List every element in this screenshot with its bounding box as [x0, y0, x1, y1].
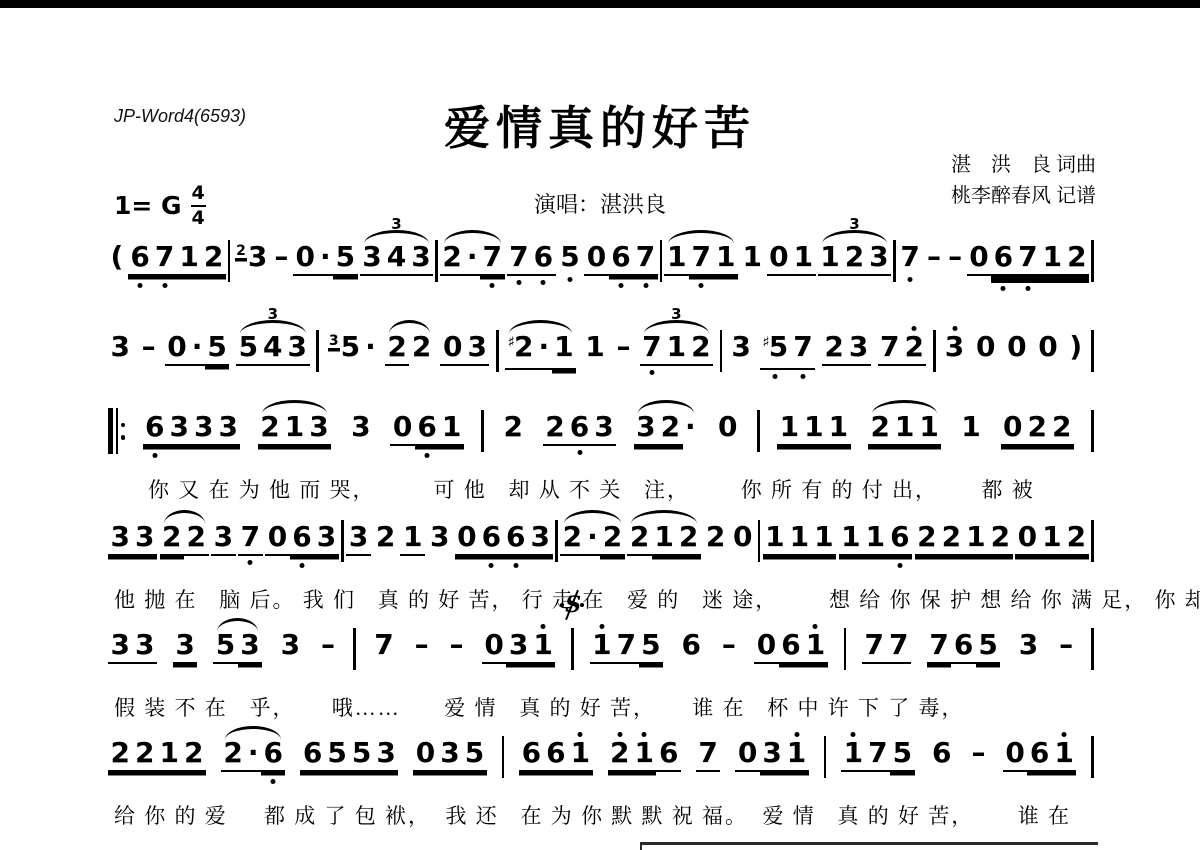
tuplet-number: 3 [236, 305, 309, 323]
note: 1 [863, 522, 887, 556]
note: ) [1067, 332, 1085, 364]
note: 1 [177, 242, 201, 276]
note: 7 [696, 738, 720, 772]
note-group: 76 [507, 242, 556, 276]
rb-thick [108, 408, 113, 454]
octave-dot-low [425, 453, 430, 458]
note: 6 [888, 522, 912, 556]
octave-dot-high [617, 732, 622, 737]
note-group: 216 [608, 738, 681, 772]
note-group: – [447, 630, 466, 662]
octave-dot-high [952, 326, 957, 331]
note: 0 [390, 412, 414, 446]
note-group: 022 [1001, 412, 1074, 446]
octave-dot-low [773, 374, 778, 379]
note-group: 111 [777, 412, 850, 446]
note-group: – [719, 630, 738, 662]
note: 3 [942, 332, 966, 364]
note: 6 [415, 412, 439, 446]
barline [555, 520, 558, 562]
note: 2 [868, 412, 892, 446]
note: 7 [480, 242, 504, 276]
note: 3 [634, 412, 658, 446]
note: 2 [258, 412, 282, 446]
note-group: 061 [754, 630, 827, 664]
note: 5 [213, 630, 237, 664]
barline [893, 240, 896, 282]
note: 7 [927, 630, 951, 664]
music-system: 3–0·5354335·2203♯2·11–37123♯5723723000) [108, 332, 1094, 382]
note: 1 [777, 412, 801, 446]
note: 1 [803, 630, 827, 664]
music-system: (671223–0·533432·776506717110131237––067… [108, 242, 1094, 292]
note: 7 [614, 630, 638, 664]
note: 3 [346, 522, 370, 556]
note-group: 1 [400, 522, 424, 556]
note: 2 [1065, 242, 1089, 276]
note-group: 3 [729, 332, 753, 364]
octave-dot-low [490, 283, 495, 288]
tuplet-number: 3 [360, 215, 433, 233]
note: 2 [543, 412, 567, 446]
note-group: 3 [211, 522, 235, 556]
note: 2 [409, 332, 433, 366]
note: · [683, 412, 699, 446]
note: 7 [689, 242, 713, 276]
barline [1091, 736, 1094, 778]
note-group: 063 [265, 522, 338, 556]
note: 7 [866, 738, 890, 772]
note-group: 031 [482, 630, 555, 664]
note: 1 [1040, 242, 1064, 276]
note: 2 [501, 412, 525, 444]
note: 7 [886, 630, 910, 664]
octave-dot-low [643, 283, 648, 288]
note: 6 [519, 738, 543, 772]
octave-dot-low [908, 277, 913, 282]
note-group: 22 [385, 332, 434, 366]
note-group: 3 [1016, 630, 1040, 662]
note: 3 [132, 522, 156, 556]
note: 1 [439, 412, 463, 446]
note: 0 [165, 332, 189, 366]
note-group: 72 [878, 332, 927, 366]
note: 2 [440, 242, 464, 276]
note: 2 [676, 522, 700, 556]
note: 3 [314, 522, 338, 556]
octave-dot-high [851, 732, 856, 737]
notes-row: (671223–0·533432·776506717110131237––067… [108, 242, 1094, 292]
barline [1091, 410, 1094, 452]
note: 1 [818, 242, 842, 276]
note: – [614, 332, 633, 364]
note-group: 6553 [300, 738, 398, 772]
note: 3 [729, 332, 753, 364]
note: 1 [839, 522, 863, 556]
note-group: – [412, 630, 431, 662]
note: 7 [862, 630, 886, 664]
note: 1 [652, 522, 676, 556]
note: 2 [902, 332, 926, 366]
note: 35 [325, 332, 362, 364]
note-group: 6 [679, 630, 703, 662]
note-group: 061 [390, 412, 463, 446]
note: 3 [428, 522, 452, 554]
note: 5 [890, 738, 914, 772]
note-group: – [969, 738, 988, 770]
note: 1 [812, 522, 836, 556]
note: 7 [633, 242, 657, 276]
note: – [272, 242, 291, 274]
note-group: 661 [519, 738, 592, 772]
note: 7 [238, 522, 262, 556]
note: – [924, 242, 943, 274]
note: 2 [385, 332, 409, 366]
octave-dot-high [813, 624, 818, 629]
note-group: 2·2 [560, 522, 625, 556]
octave-dot-low [577, 450, 582, 455]
note: 0 [1036, 332, 1060, 364]
note: 0 [440, 332, 464, 366]
music-system: 332237063321306632·2212201111162212012他 … [108, 522, 1094, 614]
barline [353, 628, 356, 670]
octave-dot-high [642, 732, 647, 737]
note: 3 [465, 332, 489, 366]
note: 2 [181, 738, 205, 772]
note-group: 1 [583, 332, 607, 364]
note: 1 [740, 242, 764, 274]
note: 2 [184, 522, 208, 556]
note: 2 [373, 522, 397, 554]
octave-dot-low [516, 280, 521, 285]
octave-dot-low [248, 560, 253, 565]
note-group: 2 [373, 522, 397, 554]
note: – [946, 242, 965, 274]
note-group: 2·7 [440, 242, 505, 276]
note: 1 [959, 412, 983, 444]
note: 1 [664, 242, 688, 276]
note: 6 [261, 738, 285, 772]
note-group: 111 [763, 522, 836, 556]
note: 2 [600, 522, 624, 556]
octave-dot-low [541, 280, 546, 285]
note: 1 [802, 412, 826, 446]
grace-note: 2 [235, 244, 247, 259]
note: 7 [152, 242, 176, 276]
note-group: 3123 [818, 242, 891, 276]
note: – [719, 630, 738, 662]
note: 1 [1052, 738, 1076, 772]
note: 3 [278, 630, 302, 662]
note-group: 7 [696, 738, 720, 772]
note: 5 [325, 738, 349, 772]
top-black-bar [0, 0, 1200, 8]
octave-dot-low [649, 370, 654, 375]
note: 1 [590, 630, 614, 664]
note: ♯5 [760, 332, 791, 370]
note: 2 [939, 522, 963, 556]
note-group: 77 [862, 630, 911, 664]
note: 0 [973, 332, 997, 364]
note: 0 [767, 242, 791, 276]
note: 0 [293, 242, 317, 276]
octave-dot-low [489, 563, 494, 568]
octave-dot-high [541, 624, 546, 629]
note-group: 7 [372, 630, 396, 662]
note: 0 [584, 242, 608, 276]
note: · [536, 332, 552, 370]
note-group: 3 [278, 630, 302, 662]
octave-dot-high [599, 624, 604, 629]
note: 0 [754, 630, 778, 664]
note-group: 3 [428, 522, 452, 554]
note: 2 [689, 332, 713, 366]
note-group: 0 [730, 522, 754, 554]
barline [481, 410, 484, 452]
note-group: 212 [627, 522, 700, 556]
note: 4 [384, 242, 408, 276]
note: 5 [205, 332, 229, 366]
note-group: 213 [258, 412, 331, 446]
note: 4 [261, 332, 285, 366]
tuplet-number: 3 [818, 215, 891, 233]
note: 3 [108, 630, 132, 664]
note: 2 [160, 522, 184, 556]
note-group: 3 [346, 522, 370, 556]
note-group: 1 [959, 412, 983, 444]
note: 3 [191, 412, 215, 446]
note: 5 [349, 738, 373, 772]
note: 2 [201, 242, 225, 276]
notes-row: 63332133061226332·01112111022 [108, 412, 1094, 462]
barline: S [571, 628, 574, 670]
note-group: – [946, 242, 965, 274]
credits: 湛 洪 良 词曲 桃李醉春风 记谱 [951, 150, 1096, 212]
time-numerator: 4 [191, 184, 204, 203]
note: 0 [716, 412, 740, 444]
note-group: 2212 [108, 738, 206, 772]
barline [757, 410, 760, 452]
note: 6 [290, 522, 314, 556]
note: 3 [108, 332, 132, 364]
note-group: 03 [440, 332, 489, 366]
note: 3 [211, 522, 235, 556]
octave-dot-low [138, 283, 143, 288]
note-group: 765 [927, 630, 1000, 664]
note: 2 [822, 332, 846, 366]
note: 7 [791, 332, 815, 370]
segno-dot [560, 603, 564, 607]
note: 0 [1005, 332, 1029, 364]
note: 6 [531, 242, 555, 276]
octave-dot-low [897, 563, 902, 568]
octave-dot-high [1062, 732, 1067, 737]
octave-dot-low [699, 283, 704, 288]
page: { "page": { "watermark": "JP-Word4(6593)… [0, 0, 1200, 850]
note-group: 5 [558, 242, 582, 274]
note: · [585, 522, 601, 556]
note: 23 [233, 242, 270, 274]
note: ( [108, 242, 126, 274]
note-group: ( [108, 242, 126, 274]
note: 1 [157, 738, 181, 772]
note: 1 [583, 332, 607, 364]
note: 3 [374, 738, 398, 772]
note-group: 175 [590, 630, 663, 664]
note: – [139, 332, 158, 364]
barline [758, 520, 761, 562]
note-group: 031 [735, 738, 808, 772]
note-group: 3 [173, 630, 197, 664]
note-group: – [139, 332, 158, 364]
note: – [447, 630, 466, 662]
rb-dots [121, 408, 126, 454]
note-group: 0 [716, 412, 740, 444]
note-group: 0·5 [293, 242, 358, 276]
note: 3 [1016, 630, 1040, 662]
note: 1 [763, 522, 787, 556]
note: 6 [128, 242, 152, 276]
note: 6 [504, 522, 528, 556]
note: 7 [878, 332, 902, 366]
note: 3 [760, 738, 784, 772]
note: 0 [1003, 738, 1027, 772]
note: 7 [898, 242, 922, 274]
note-group: – [272, 242, 291, 274]
note: 3 [108, 522, 132, 556]
note-group: 01 [767, 242, 816, 276]
note-group: 33 [108, 522, 157, 556]
note: 0 [482, 630, 506, 664]
note: · [245, 738, 261, 772]
note-group: 6333 [143, 412, 241, 446]
note: 1 [841, 738, 865, 772]
octave-dot-low [619, 283, 624, 288]
barline [1091, 240, 1094, 282]
note: 5 [976, 630, 1000, 664]
note-group: 0·5 [165, 332, 230, 366]
barline [1091, 330, 1094, 372]
time-denominator: 4 [191, 209, 204, 228]
note-group: 0663 [455, 522, 553, 556]
note-group: ♯57 [760, 332, 815, 370]
octave-dot-high [578, 732, 583, 737]
note: 0 [455, 522, 479, 556]
note-group: 061 [1003, 738, 1076, 772]
tuplet-number: 3 [640, 305, 713, 323]
note: 0 [265, 522, 289, 556]
note-group: 0 [1036, 332, 1060, 364]
note-group: – [318, 630, 337, 662]
octave-dot-high [912, 326, 917, 331]
note: – [1057, 630, 1076, 662]
note-group: – [614, 332, 633, 364]
note: 1 [787, 522, 811, 556]
note: 3 [506, 630, 530, 664]
note: 3 [307, 412, 331, 446]
note: 6 [991, 242, 1015, 276]
barline [341, 520, 344, 562]
key-signature: 1= G 4 4 [114, 184, 206, 228]
octave-dot-low [800, 374, 805, 379]
note: 1 [664, 332, 688, 366]
note-group: 3 [349, 412, 373, 444]
note: 2 [560, 522, 584, 556]
time-signature: 4 4 [191, 184, 206, 228]
note-group: 32· [634, 412, 699, 446]
note: 2 [1064, 522, 1088, 556]
note-group: 33 [108, 630, 157, 664]
note: 7 [1016, 242, 1040, 276]
octave-dot-low [1025, 286, 1030, 291]
note-group: 7 [898, 242, 922, 274]
note: 3 [238, 630, 262, 664]
note-group: 263 [543, 412, 616, 446]
note-group: 0 [973, 332, 997, 364]
note: 1 [1040, 522, 1064, 556]
note: 7 [640, 332, 664, 366]
note: 6 [779, 630, 803, 664]
note: 5 [236, 332, 260, 366]
lyric-line: 你 又 在 为 他 而 哭， 可 他 却 从 不 关 注， 你 所 有 的 付 … [148, 474, 1094, 504]
note-group: 1 [740, 242, 764, 274]
notes-row: 3–0·5354335·2203♯2·11–37123♯5723723000) [108, 332, 1094, 382]
note-group: – [924, 242, 943, 274]
note: 3 [132, 630, 156, 664]
note: 1 [826, 412, 850, 446]
note: 6 [656, 738, 680, 772]
octave-dot-low [513, 563, 518, 568]
note-group: 3 [942, 332, 966, 364]
rb-dot [121, 423, 126, 428]
note: 6 [300, 738, 324, 772]
note-group: 23 [233, 242, 270, 274]
note: ♯2 [505, 332, 536, 370]
note-group: 2·6 [221, 738, 286, 772]
note: 3 [846, 332, 870, 366]
note-group: 23 [822, 332, 871, 366]
note: 0 [735, 738, 759, 772]
note: 0 [413, 738, 437, 772]
note-group: 6712 [128, 242, 226, 276]
note: 3 [360, 242, 384, 276]
note: 2 [842, 242, 866, 276]
note: 1 [282, 412, 306, 446]
note-group: 53 [213, 630, 262, 664]
note: 1 [400, 522, 424, 556]
note: · [363, 332, 379, 364]
next-page-line [640, 842, 1098, 845]
barline [1091, 628, 1094, 670]
note: 2 [608, 738, 632, 772]
note: 7 [507, 242, 531, 276]
note-group: 3543 [236, 332, 309, 366]
note-group: 067 [584, 242, 657, 276]
note-group: 175 [841, 738, 914, 772]
note: 3 [285, 332, 309, 366]
note: 3 [349, 412, 373, 444]
note-group: 3712 [640, 332, 713, 366]
barline [502, 736, 505, 778]
note: 2 [108, 738, 132, 772]
note: 1 [784, 738, 808, 772]
note-group: 6 [930, 738, 954, 770]
note: 3 [438, 738, 462, 772]
note-group: 3343 [360, 242, 433, 276]
note-group: 116 [839, 522, 912, 556]
note: 1 [568, 738, 592, 772]
note: 0 [1015, 522, 1039, 556]
